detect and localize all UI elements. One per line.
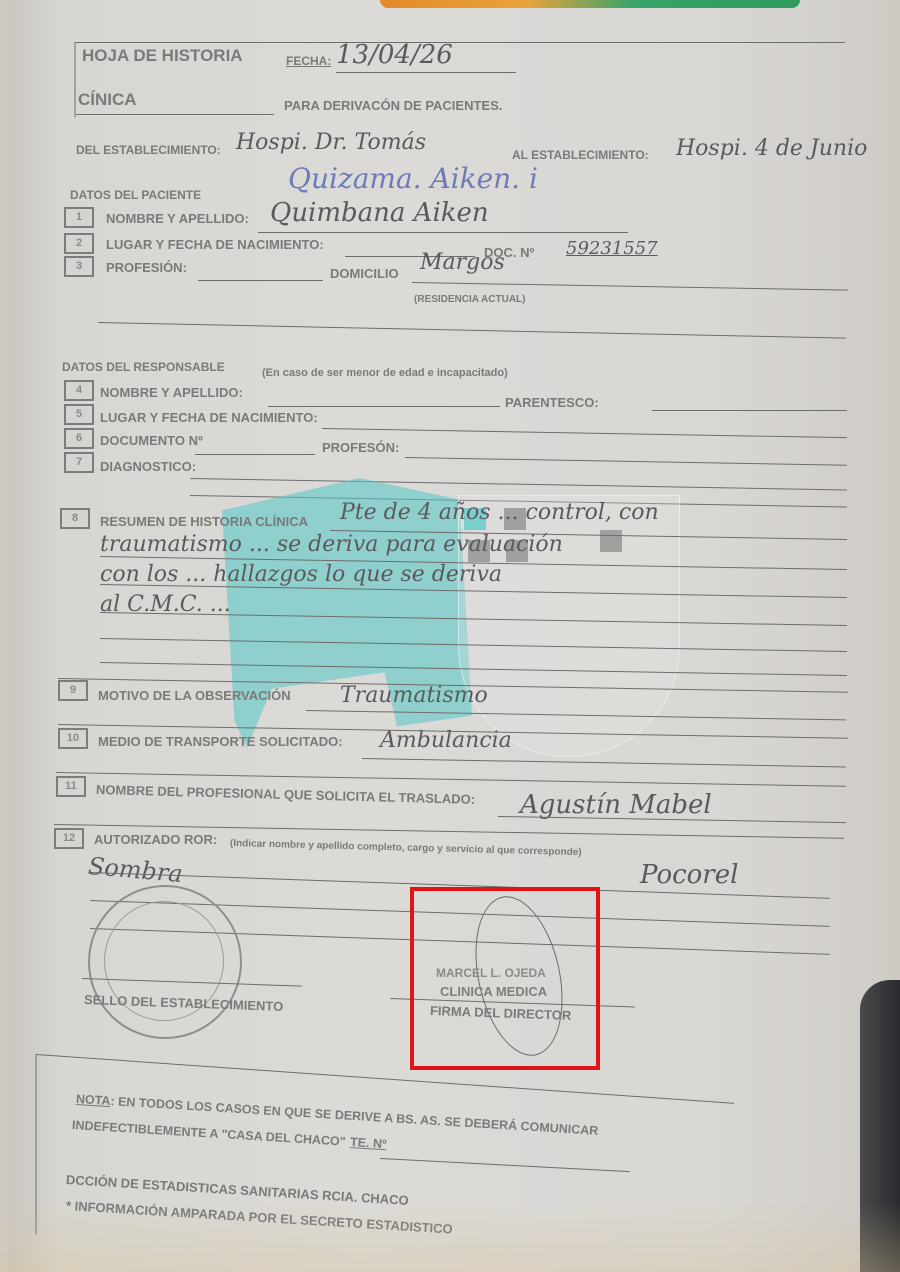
- doc-value[interactable]: 59231557: [566, 238, 658, 259]
- resp-profesion-label: PROFESÓN:: [322, 440, 399, 455]
- resumen-historia-label: RESUMEN DE HISTORIA CLÍNICA: [100, 514, 308, 529]
- surface-tint: [0, 1202, 900, 1272]
- profesional-value[interactable]: Agustín Mabel: [520, 790, 712, 820]
- field-number-12: 12: [54, 828, 84, 849]
- form-title-line2: CÍNICA: [78, 90, 137, 110]
- resp-documento-underline: [195, 454, 315, 455]
- parentesco-underline: [652, 410, 847, 411]
- header-left-border: [75, 43, 76, 118]
- nota-tel-label: TE. Nº: [350, 1135, 387, 1151]
- historia-line-3[interactable]: con los ... hallazgos lo que se deriva: [100, 562, 502, 587]
- title-underline: [76, 114, 274, 115]
- fecha-label: FECHA:: [286, 54, 331, 68]
- nombre-underline: [258, 232, 628, 233]
- field-number-5: 5: [64, 404, 94, 425]
- residencia-actual-note: (RESIDENCIA ACTUAL): [414, 294, 525, 305]
- highlight-box: [410, 887, 600, 1070]
- establishment-stamp: [88, 885, 242, 1039]
- al-establecimiento-label: AL ESTABLECIMIENTO:: [512, 148, 649, 162]
- resp-lugar-fecha-label: LUGAR Y FECHA DE NACIMIENTO:: [100, 410, 318, 425]
- lugar-fecha-nacimiento-label: LUGAR Y FECHA DE NACIMIENTO:: [106, 237, 324, 252]
- field-number-7: 7: [64, 452, 94, 473]
- form-title-line1: HOJA DE HISTORIA: [82, 46, 243, 66]
- profesion-underline: [198, 280, 323, 281]
- fecha-underline: [336, 72, 516, 73]
- responsable-section-note: (En caso de ser menor de edad e incapaci…: [262, 367, 508, 379]
- resp-documento-label: DOCUMENTO Nº: [100, 433, 203, 448]
- folder-edge: [380, 0, 800, 8]
- field-number-3: 3: [64, 256, 94, 277]
- field-number-4: 4: [64, 380, 94, 401]
- profesion-label: PROFESIÓN:: [106, 260, 187, 275]
- header-top-border: [75, 42, 845, 43]
- del-establecimiento-label: DEL ESTABLECIMIENTO:: [76, 143, 221, 157]
- nota-label: NOTA: [76, 1092, 111, 1108]
- domicilio-value[interactable]: Margos: [420, 250, 505, 275]
- field-number-9: 9: [58, 680, 88, 701]
- field-number-1: 1: [64, 207, 94, 228]
- field-number-6: 6: [64, 428, 94, 449]
- motivo-value[interactable]: Traumatismo: [340, 683, 488, 708]
- nombre-apellido-label: NOMBRE Y APELLIDO:: [106, 211, 249, 226]
- resp-nombre-underline: [268, 406, 500, 407]
- nombre-apellido-value[interactable]: Quimbana Aiken: [270, 198, 489, 228]
- fecha-value: 13/04/26: [336, 40, 453, 70]
- historia-line-1[interactable]: Pte de 4 años ... control, con: [340, 500, 659, 525]
- field-number-2: 2: [64, 233, 94, 254]
- paciente-section-title: DATOS DEL PACIENTE: [70, 188, 201, 202]
- al-establecimiento-value: Hospi. 4 de Junio: [676, 136, 867, 161]
- form-subtitle: PARA DERIVACÓN DE PACIENTES.: [284, 98, 502, 113]
- responsable-section-title: DATOS DEL RESPONSABLE: [62, 360, 225, 374]
- domicilio-label: DOMICILIO: [330, 266, 399, 281]
- resp-nombre-label: NOMBRE Y APELLIDO:: [100, 385, 243, 400]
- field-number-8: 8: [60, 508, 90, 529]
- parentesco-label: PARENTESCO:: [505, 395, 599, 410]
- motivo-label: MOTIVO DE LA OBSERVACIÓN: [98, 688, 291, 703]
- field-number-11: 11: [56, 776, 86, 797]
- diagnostico-label: DIAGNOSTICO:: [100, 459, 196, 474]
- transporte-label: MEDIO DE TRANSPORTE SOLICITADO:: [98, 734, 343, 749]
- historia-line-2[interactable]: traumatismo ... se deriva para evaluació…: [100, 532, 563, 557]
- autorizado-label: AUTORIZADO ROR:: [94, 832, 217, 847]
- del-establecimiento-value: Hospi. Dr. Tomás: [236, 130, 426, 155]
- handwritten-patient-name: Quizama. Aiken. i: [288, 162, 538, 195]
- watermark-square: [600, 530, 622, 552]
- autorizado-value-right[interactable]: Pocorel: [640, 860, 738, 890]
- field-number-10: 10: [58, 728, 88, 749]
